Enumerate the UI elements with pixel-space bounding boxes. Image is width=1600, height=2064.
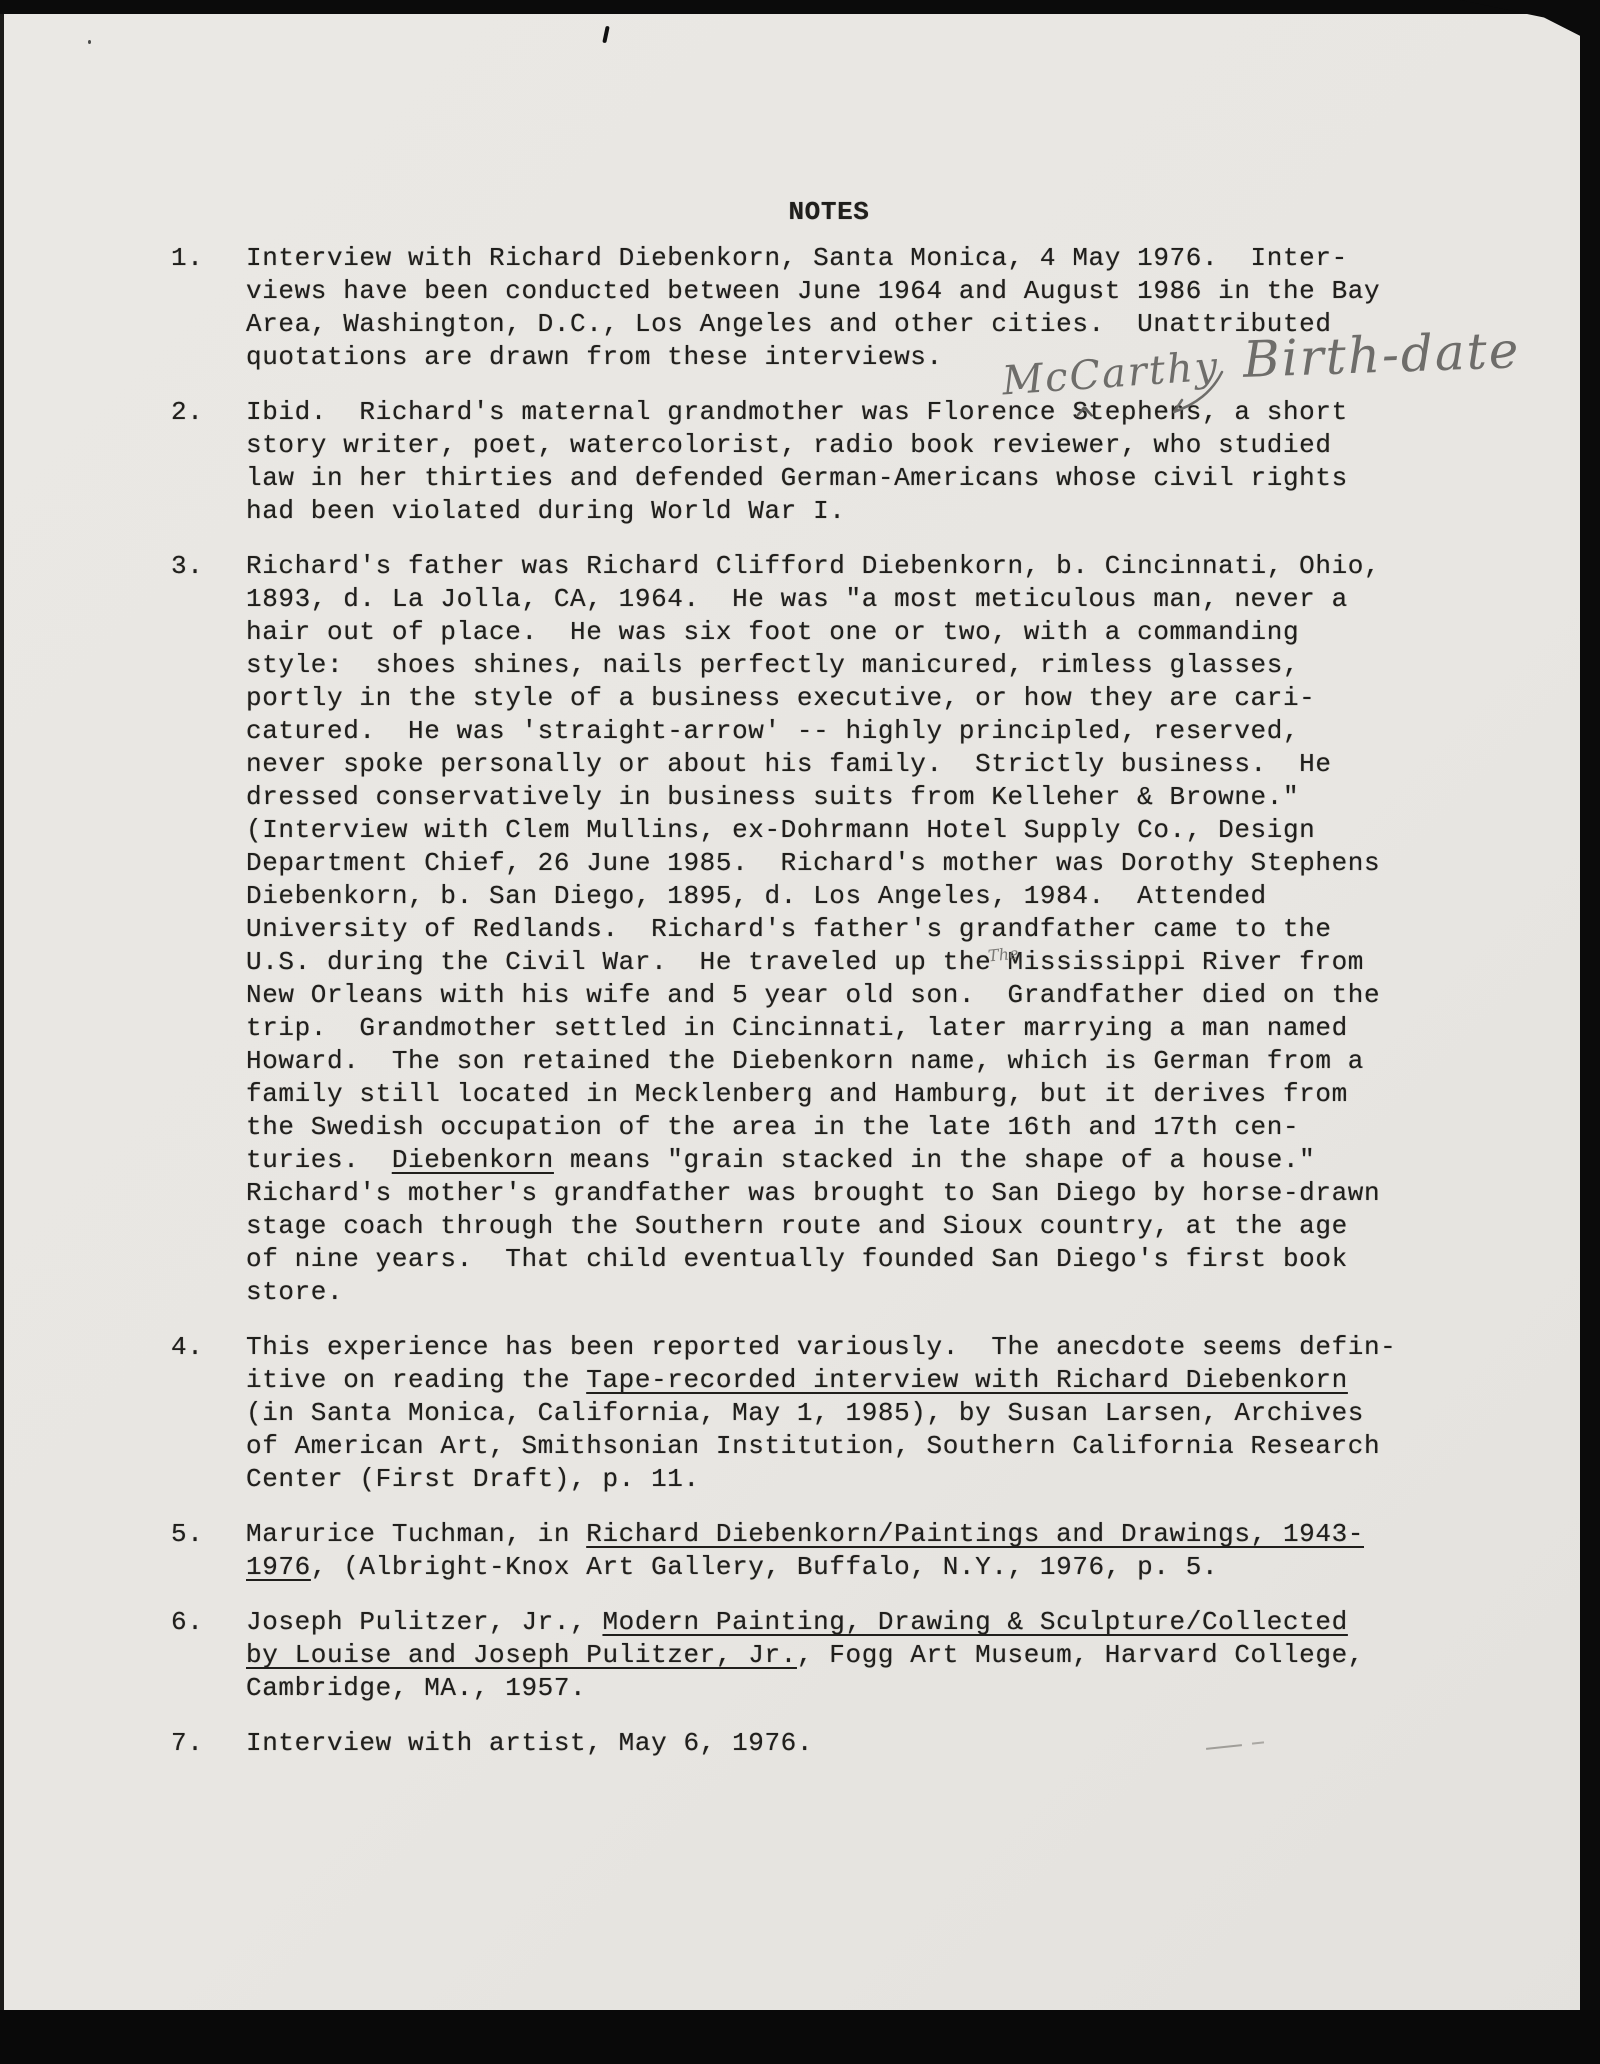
note-line: Richard's father was Richard Clifford Di…	[246, 550, 1600, 583]
handwritten-the-insertion: The	[987, 943, 1019, 965]
text-segment: trip. Grandmother settled in Cincinnati,…	[246, 1013, 1348, 1043]
text-segment: never spoke personally or about his fami…	[246, 749, 1332, 779]
note-line: This experience has been reported variou…	[246, 1331, 1600, 1364]
text-segment: 1893, d. La Jolla, CA, 1964. He was "a m…	[246, 584, 1348, 614]
note-line: turies. Diebenkorn means "grain stacked …	[246, 1144, 1600, 1177]
text-segment: of nine years. That child eventually fou…	[246, 1244, 1348, 1274]
note-number: 3.	[171, 550, 203, 583]
note-line: story writer, poet, watercolorist, radio…	[246, 429, 1600, 462]
text-segment: Area, Washington, D.C., Los Angeles and …	[246, 309, 1332, 339]
note-line: Center (First Draft), p. 11.	[246, 1463, 1600, 1496]
stray-ink-dot-icon	[88, 40, 91, 44]
text-segment: store.	[246, 1277, 343, 1307]
text-segment: means "grain stacked in the shape of a h…	[554, 1145, 1316, 1175]
underlined-text-segment: 1976	[246, 1552, 311, 1582]
text-segment: views have been conducted between June 1…	[246, 276, 1380, 306]
text-segment: Richard's father was Richard Clifford Di…	[246, 551, 1380, 581]
note-line: had been violated during World War I.	[246, 495, 1600, 528]
text-segment: U.S. during the Civil War. He traveled u…	[246, 947, 1364, 977]
text-segment: family still located in Mecklenberg and …	[246, 1079, 1348, 1109]
note-line: (in Santa Monica, California, May 1, 198…	[246, 1397, 1600, 1430]
text-segment: hair out of place. He was six foot one o…	[246, 617, 1299, 647]
note-line: Marurice Tuchman, in Richard Diebenkorn/…	[246, 1518, 1600, 1551]
insertion-caret-mark: ^	[1072, 401, 1097, 443]
note-line: law in her thirties and defended German-…	[246, 462, 1600, 495]
text-segment: law in her thirties and defended German-…	[246, 463, 1348, 493]
note-line: stage coach through the Southern route a…	[246, 1210, 1600, 1243]
note-line: Cambridge, MA., 1957.	[246, 1672, 1600, 1705]
note-line: of American Art, Smithsonian Institution…	[246, 1430, 1600, 1463]
text-segment: quotations are drawn from these intervie…	[246, 342, 943, 372]
text-segment: stage coach through the Southern route a…	[246, 1211, 1348, 1241]
note-row: 4.This experience has been reported vari…	[0, 1331, 1600, 1496]
note-line: dressed conservatively in business suits…	[246, 781, 1600, 814]
note-line: Department Chief, 26 June 1985. Richard'…	[246, 847, 1600, 880]
note-line: views have been conducted between June 1…	[246, 275, 1600, 308]
note-number: 6.	[171, 1606, 203, 1639]
scan-border-right	[1580, 0, 1600, 2064]
notes-list: 1.Interview with Richard Diebenkorn, San…	[0, 242, 1600, 1760]
note-number: 5.	[171, 1518, 203, 1551]
text-segment: had been violated during World War I.	[246, 496, 846, 526]
text-segment: Interview with artist, May 6, 1976.	[246, 1728, 813, 1758]
underlined-text-segment: Richard Diebenkorn/Paintings and Drawing…	[586, 1519, 1364, 1549]
stray-ink-tick-icon	[602, 26, 609, 43]
text-segment: itive on reading the	[246, 1365, 586, 1395]
note-line: (Interview with Clem Mullins, ex-Dohrman…	[246, 814, 1600, 847]
note-line: store.	[246, 1276, 1600, 1309]
underlined-text-segment: Diebenkorn	[392, 1145, 554, 1175]
note-number: 4.	[171, 1331, 203, 1364]
text-segment: style: shoes shines, nails perfectly man…	[246, 650, 1299, 680]
text-segment: dressed conservatively in business suits…	[246, 782, 1299, 812]
text-segment: turies.	[246, 1145, 392, 1175]
text-segment: Cambridge, MA., 1957.	[246, 1673, 586, 1703]
text-segment: Howard. The son retained the Diebenkorn …	[246, 1046, 1364, 1076]
note-line: Joseph Pulitzer, Jr., Modern Painting, D…	[246, 1606, 1600, 1639]
document-body: NOTES 1.Interview with Richard Diebenkor…	[0, 196, 1600, 1760]
scan-border-bottom	[0, 2010, 1600, 2064]
insertion-arrow-icon	[1158, 366, 1230, 422]
note-line: never spoke personally or about his fami…	[246, 748, 1600, 781]
note-row: 2.Ibid. Richard's maternal grandmother w…	[0, 396, 1600, 528]
note-line: trip. Grandmother settled in Cincinnati,…	[246, 1012, 1600, 1045]
underlined-text-segment: Modern Painting, Drawing & Sculpture/Col…	[602, 1607, 1347, 1637]
note-line: Richard's mother's grandfather was broug…	[246, 1177, 1600, 1210]
note-line: 1976, (Albright-Knox Art Gallery, Buffal…	[246, 1551, 1600, 1584]
note-line: Ibid. Richard's maternal grandmother was…	[246, 396, 1600, 429]
note-line: catured. He was 'straight-arrow' -- high…	[246, 715, 1600, 748]
note-number: 2.	[171, 396, 203, 429]
text-segment: (Interview with Clem Mullins, ex-Dohrman…	[246, 815, 1315, 845]
note-number: 1.	[171, 242, 203, 275]
note-line: Howard. The son retained the Diebenkorn …	[246, 1045, 1600, 1078]
text-segment: Diebenkorn, b. San Diego, 1895, d. Los A…	[246, 881, 1267, 911]
note-line: style: shoes shines, nails perfectly man…	[246, 649, 1600, 682]
note-line: of nine years. That child eventually fou…	[246, 1243, 1600, 1276]
text-segment: Joseph Pulitzer, Jr.,	[246, 1607, 602, 1637]
note-row: 6.Joseph Pulitzer, Jr., Modern Painting,…	[0, 1606, 1600, 1705]
note-line: hair out of place. He was six foot one o…	[246, 616, 1600, 649]
note-line: New Orleans with his wife and 5 year old…	[246, 979, 1600, 1012]
note-number: 7.	[171, 1727, 203, 1760]
text-segment: University of Redlands. Richard's father…	[246, 914, 1332, 944]
text-segment: Richard's mother's grandfather was broug…	[246, 1178, 1380, 1208]
note-line: by Louise and Joseph Pulitzer, Jr., Fogg…	[246, 1639, 1600, 1672]
note-line: itive on reading the Tape-recorded inter…	[246, 1364, 1600, 1397]
note-line: 1893, d. La Jolla, CA, 1964. He was "a m…	[246, 583, 1600, 616]
note-line: University of Redlands. Richard's father…	[246, 913, 1600, 946]
underlined-text-segment: by Louise and Joseph Pulitzer, Jr.	[246, 1640, 797, 1670]
text-segment: portly in the style of a business execut…	[246, 683, 1315, 713]
text-segment: Marurice Tuchman, in	[246, 1519, 586, 1549]
text-segment: (in Santa Monica, California, May 1, 198…	[246, 1398, 1364, 1428]
text-segment: catured. He was 'straight-arrow' -- high…	[246, 716, 1299, 746]
text-segment: This experience has been reported variou…	[246, 1332, 1396, 1362]
text-segment: of American Art, Smithsonian Institution…	[246, 1431, 1380, 1461]
note-line: family still located in Mecklenberg and …	[246, 1078, 1600, 1111]
note-row: 5.Marurice Tuchman, in Richard Diebenkor…	[0, 1518, 1600, 1584]
note-line: Interview with artist, May 6, 1976.	[246, 1727, 1600, 1760]
text-segment: the Swedish occupation of the area in th…	[246, 1112, 1299, 1142]
text-segment: Department Chief, 26 June 1985. Richard'…	[246, 848, 1380, 878]
text-segment: New Orleans with his wife and 5 year old…	[246, 980, 1380, 1010]
note-line: Interview with Richard Diebenkorn, Santa…	[246, 242, 1600, 275]
text-segment: Interview with Richard Diebenkorn, Santa…	[246, 243, 1348, 273]
handwritten-birthdate-annotation: Birth-date	[1242, 321, 1521, 389]
page-title: NOTES	[246, 196, 1412, 229]
text-segment: Center (First Draft), p. 11.	[246, 1464, 700, 1494]
scanned-document-page: NOTES 1.Interview with Richard Diebenkor…	[0, 0, 1600, 2064]
note-row: 7.Interview with artist, May 6, 1976.	[0, 1727, 1600, 1760]
text-segment: story writer, poet, watercolorist, radio…	[246, 430, 1332, 460]
scan-border-top	[0, 0, 1600, 14]
note-line: Diebenkorn, b. San Diego, 1895, d. Los A…	[246, 880, 1600, 913]
text-segment: , Fogg Art Museum, Harvard College,	[797, 1640, 1364, 1670]
note-line: U.S. during the Civil War. He traveled u…	[246, 946, 1600, 979]
note-line: the Swedish occupation of the area in th…	[246, 1111, 1600, 1144]
text-segment: , (Albright-Knox Art Gallery, Buffalo, N…	[311, 1552, 1218, 1582]
note-row: 3.Richard's father was Richard Clifford …	[0, 550, 1600, 1309]
underlined-text-segment: Tape-recorded interview with Richard Die…	[586, 1365, 1348, 1395]
note-line: portly in the style of a business execut…	[246, 682, 1600, 715]
